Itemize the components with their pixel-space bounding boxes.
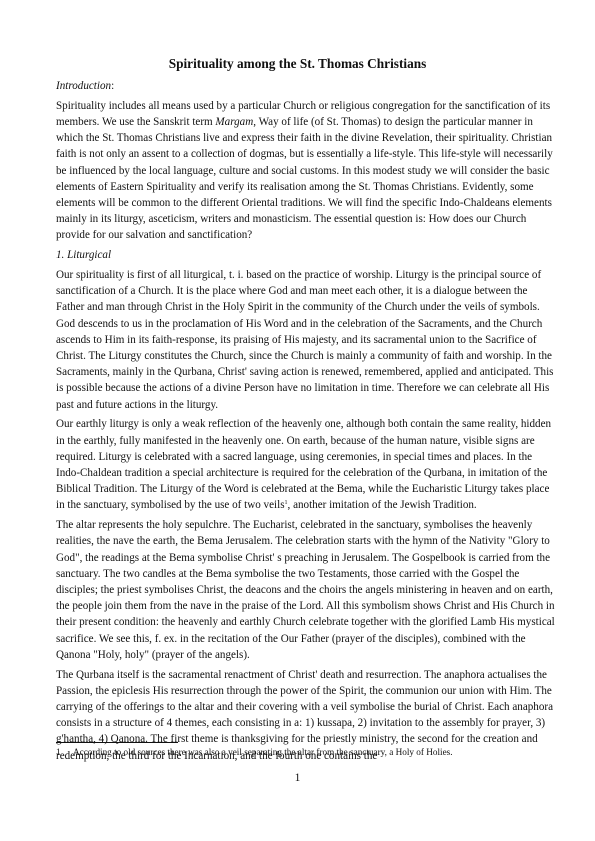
introduction-heading: Introduction:: [56, 78, 556, 94]
introduction-paragraph: Spirituality includes all means used by …: [56, 98, 556, 244]
paragraph-text-part: Our earthly liturgy is only a weak refle…: [56, 418, 551, 511]
document-body: Introduction: Spirituality includes all …: [56, 78, 556, 767]
intro-text-part: , Way of life (of St. Thomas) to design …: [56, 116, 553, 241]
section-heading-liturgical: 1. Liturgical: [56, 247, 556, 263]
liturgical-paragraph-1: Our spirituality is first of all liturgi…: [56, 267, 556, 413]
footnote-number: 1: [56, 746, 73, 759]
margam-term: Margam: [215, 116, 253, 128]
liturgical-paragraph-2: Our earthly liturgy is only a weak refle…: [56, 416, 556, 513]
introduction-heading-colon: :: [111, 80, 114, 92]
page-title: Spirituality among the St. Thomas Christ…: [0, 56, 595, 72]
introduction-heading-text: Introduction: [56, 80, 111, 92]
page-number: 1: [0, 771, 595, 785]
footnote-text: According to old sources there was also …: [73, 747, 453, 757]
footnote-separator: [56, 742, 178, 743]
liturgical-paragraph-3: The altar represents the holy sepulchre.…: [56, 517, 556, 663]
document-page: Spirituality among the St. Thomas Christ…: [0, 0, 595, 841]
paragraph-text-part: , another imitation of the Jewish Tradit…: [288, 499, 477, 511]
footnote: 1According to old sources there was also…: [56, 746, 556, 759]
